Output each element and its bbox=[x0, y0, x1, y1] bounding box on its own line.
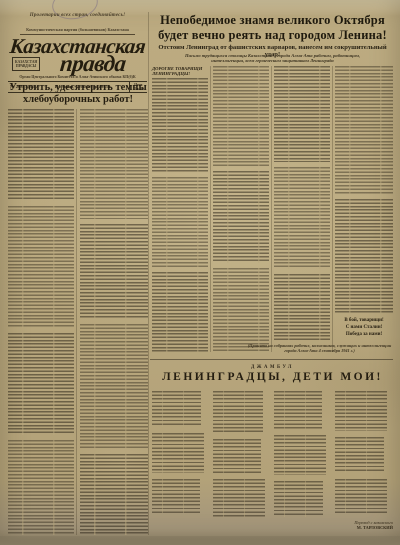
lead-headline: Утроить, удесятерить темпы хлебоуборочны… bbox=[8, 82, 148, 105]
kazakh-title-box: КАЗАХСТАН ПРАВДАСЫ bbox=[12, 57, 40, 71]
page-bottom-shadow bbox=[0, 536, 400, 545]
adoption-note-line2: города Алма-Ата 4 сентября 1941 г.) bbox=[246, 348, 393, 353]
poem-column bbox=[274, 391, 330, 517]
body-text-block bbox=[274, 66, 330, 162]
kazakh-box-line2: ПРАВДАСЫ bbox=[15, 64, 37, 68]
banner-headline-line2: будет вечно реять над городом Ленина! bbox=[150, 28, 395, 43]
letter-column: В бой, товарищи! С нами Сталин! Победа з… bbox=[335, 66, 393, 338]
banner-dek: Письмо трудящихся столицы Казахстана—гор… bbox=[150, 53, 395, 64]
lead-headline-line1: Утроить, удесятерить темпы bbox=[8, 82, 148, 94]
section-rule bbox=[150, 359, 393, 360]
poem-column bbox=[213, 391, 269, 517]
body-text-block bbox=[80, 224, 148, 319]
newspaper-page: Пролетарии всех стран, соединяйтесь! Ком… bbox=[0, 0, 400, 545]
adoption-note: (Принято на собраниях рабочих, колхозник… bbox=[246, 343, 393, 353]
poem-stanza bbox=[274, 391, 322, 429]
body-text-column bbox=[80, 109, 148, 535]
body-text-block bbox=[213, 66, 269, 166]
letter-column: ДОРОГИЕ ТОВАРИЩИ ЛЕНИНГРАДЦЫ! bbox=[152, 66, 208, 352]
poem-stanza bbox=[274, 481, 323, 517]
body-text-block bbox=[213, 171, 269, 263]
body-text-block bbox=[80, 454, 148, 535]
body-text-block bbox=[152, 272, 208, 352]
translation-note: Перевод с казахского М. ТАРЛОВСКИЙ bbox=[300, 520, 393, 531]
poem-column bbox=[152, 391, 208, 513]
poem-stanza bbox=[152, 479, 200, 513]
closing-line1: В бой, товарищи! bbox=[335, 317, 393, 324]
closing-line2: С нами Сталин! bbox=[335, 324, 393, 331]
letter-column bbox=[274, 66, 330, 342]
section-divider bbox=[148, 12, 149, 535]
banner-dek-line2: интеллигенции, всем героическим защитник… bbox=[150, 58, 395, 63]
column-divider bbox=[271, 66, 272, 352]
poem-stanza bbox=[274, 435, 326, 475]
body-text-block bbox=[335, 199, 393, 313]
translation-note-line2: М. ТАРЛОВСКИЙ bbox=[300, 525, 393, 530]
body-text-block bbox=[213, 268, 269, 352]
poem-column bbox=[335, 391, 393, 513]
body-text-block bbox=[152, 78, 208, 172]
poem-stanza bbox=[335, 391, 387, 431]
body-text-block bbox=[8, 109, 74, 201]
body-text-block bbox=[8, 440, 74, 535]
body-text-column bbox=[8, 109, 74, 535]
column-divider bbox=[332, 66, 333, 352]
poem-author: ДЖАМБУЛ bbox=[150, 365, 395, 370]
letter-closing-slogans: В бой, товарищи! С нами Сталин! Победа з… bbox=[335, 317, 393, 338]
poem-title: ЛЕНИНГРАДЦЫ, ДЕТИ МОИ! bbox=[150, 371, 395, 383]
body-text-block bbox=[335, 66, 393, 194]
body-text-block bbox=[8, 333, 74, 435]
letter-column bbox=[213, 66, 269, 352]
body-text-block bbox=[80, 109, 148, 219]
banner-headline-line1: Непобедимое знамя великого Октября bbox=[150, 13, 395, 28]
masthead: Пролетарии всех стран, соединяйтесь! Ком… bbox=[8, 13, 147, 93]
body-text-block bbox=[274, 167, 330, 269]
body-text-block bbox=[8, 206, 74, 328]
lead-headline-line2: хлебоуборочных работ! bbox=[8, 94, 148, 106]
poem-stanza bbox=[213, 391, 263, 433]
poem-stanza bbox=[213, 439, 261, 473]
closing-line3: Победа за нами! bbox=[335, 331, 393, 338]
column-divider bbox=[76, 109, 77, 535]
column-divider bbox=[210, 66, 211, 352]
poem-stanza bbox=[152, 391, 201, 427]
poem-stanza bbox=[213, 479, 265, 517]
poem-stanza bbox=[152, 433, 204, 473]
body-text-block bbox=[80, 324, 148, 449]
letter-salutation: ДОРОГИЕ ТОВАРИЩИ ЛЕНИНГРАДЦЫ! bbox=[152, 66, 208, 76]
masthead-title-bottom: правда bbox=[42, 55, 144, 73]
poem-stanza bbox=[335, 479, 387, 513]
poem-stanza bbox=[335, 437, 384, 473]
banner-headline: Непобедимое знамя великого Октября будет… bbox=[150, 13, 395, 42]
body-text-block bbox=[274, 274, 330, 342]
body-text-block bbox=[152, 177, 208, 267]
